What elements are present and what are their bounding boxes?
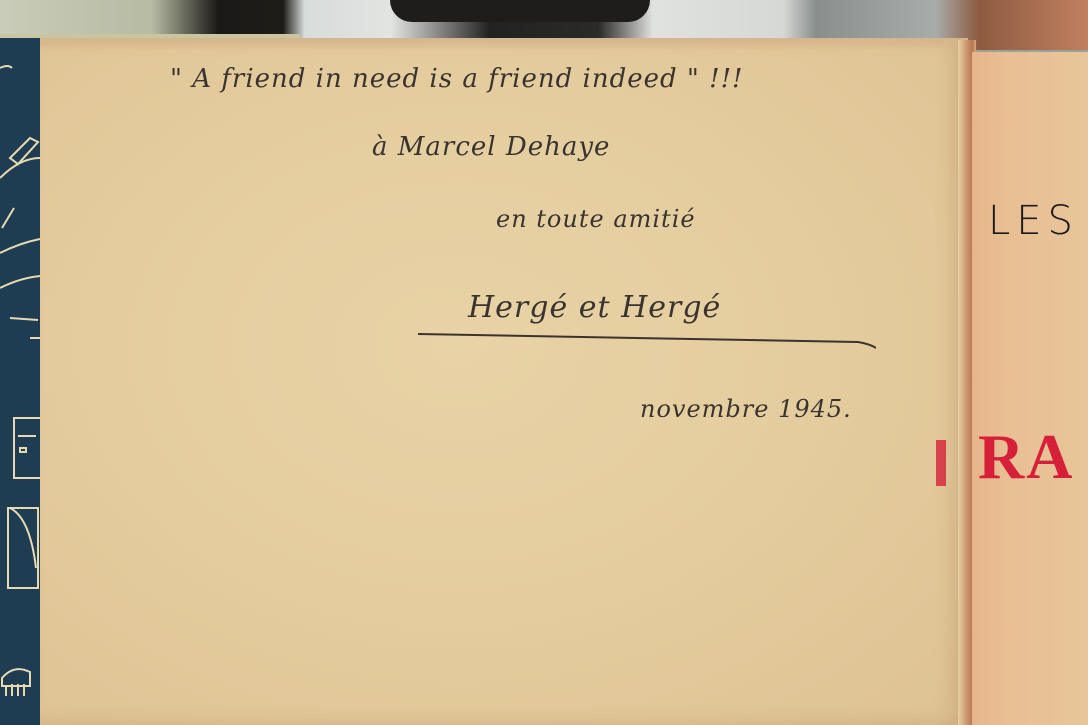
book-photo: " A friend in need is a friend indeed " … — [0, 0, 1088, 725]
dedication-quote: " A friend in need is a friend indeed " … — [170, 64, 743, 94]
dedication-closing: en toute amitié — [496, 205, 696, 233]
background-shape — [390, 0, 650, 22]
signature: Hergé et Hergé — [468, 290, 721, 325]
title-page — [972, 52, 1088, 725]
dedication-date: novembre 1945. — [640, 395, 852, 423]
title-word-les: LES — [988, 198, 1079, 244]
title-word-red: RA — [978, 420, 1074, 494]
dedication-recipient: à Marcel Dehaye — [372, 132, 610, 162]
red-title-fragment — [936, 440, 946, 486]
signature-underline-icon — [418, 330, 876, 350]
